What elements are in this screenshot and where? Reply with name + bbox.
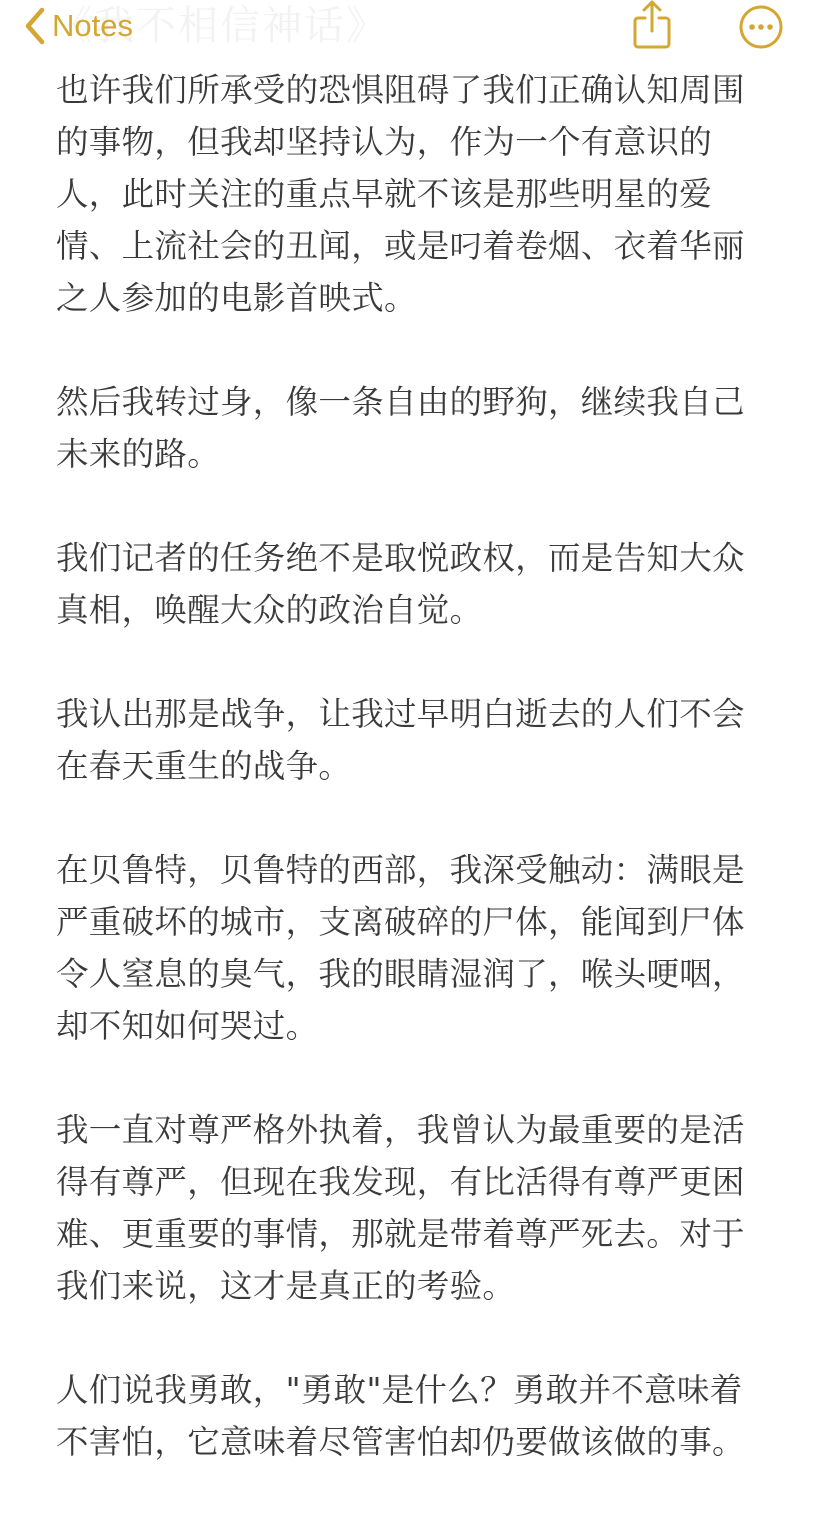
share-icon xyxy=(632,35,672,54)
more-options-button[interactable] xyxy=(738,4,784,50)
note-paragraph: 我一直对尊严格外执着，我曾认为最重要的是活得有尊严，但现在我发现，有比活得有尊严… xyxy=(56,1104,756,1312)
note-paragraph: 人们说我勇敢，"勇敢"是什么？勇敢并不意味着不害怕，它意味着尽管害怕却仍要做该做… xyxy=(56,1364,756,1468)
note-paragraph: 我认出那是战争，让我过早明白逝去的人们不会在春天重生的战争。 xyxy=(56,688,756,792)
chevron-left-icon xyxy=(22,6,48,46)
ellipsis-circle-icon xyxy=(738,35,784,54)
note-body[interactable]: 也许我们所承受的恐惧阻碍了我们正确认知周围的事物，但我却坚持认为，作为一个有意识… xyxy=(56,64,756,1520)
note-paragraph: 我们记者的任务绝不是取悦政权，而是告知大众真相，唤醒大众的政治自觉。 xyxy=(56,532,756,636)
navigation-bar: 《我不相信神话》 Notes xyxy=(0,0,828,56)
back-button[interactable]: Notes xyxy=(22,6,133,46)
back-label: Notes xyxy=(52,8,133,44)
note-paragraph: 在贝鲁特，贝鲁特的西部，我深受触动：满眼是严重破坏的城市，支离破碎的尸体，能闻到… xyxy=(56,844,756,1052)
note-paragraph: 也许我们所承受的恐惧阻碍了我们正确认知周围的事物，但我却坚持认为，作为一个有意识… xyxy=(56,64,756,324)
share-button[interactable] xyxy=(632,0,672,50)
note-paragraph: 然后我转过身，像一条自由的野狗，继续我自己未来的路。 xyxy=(56,376,756,480)
